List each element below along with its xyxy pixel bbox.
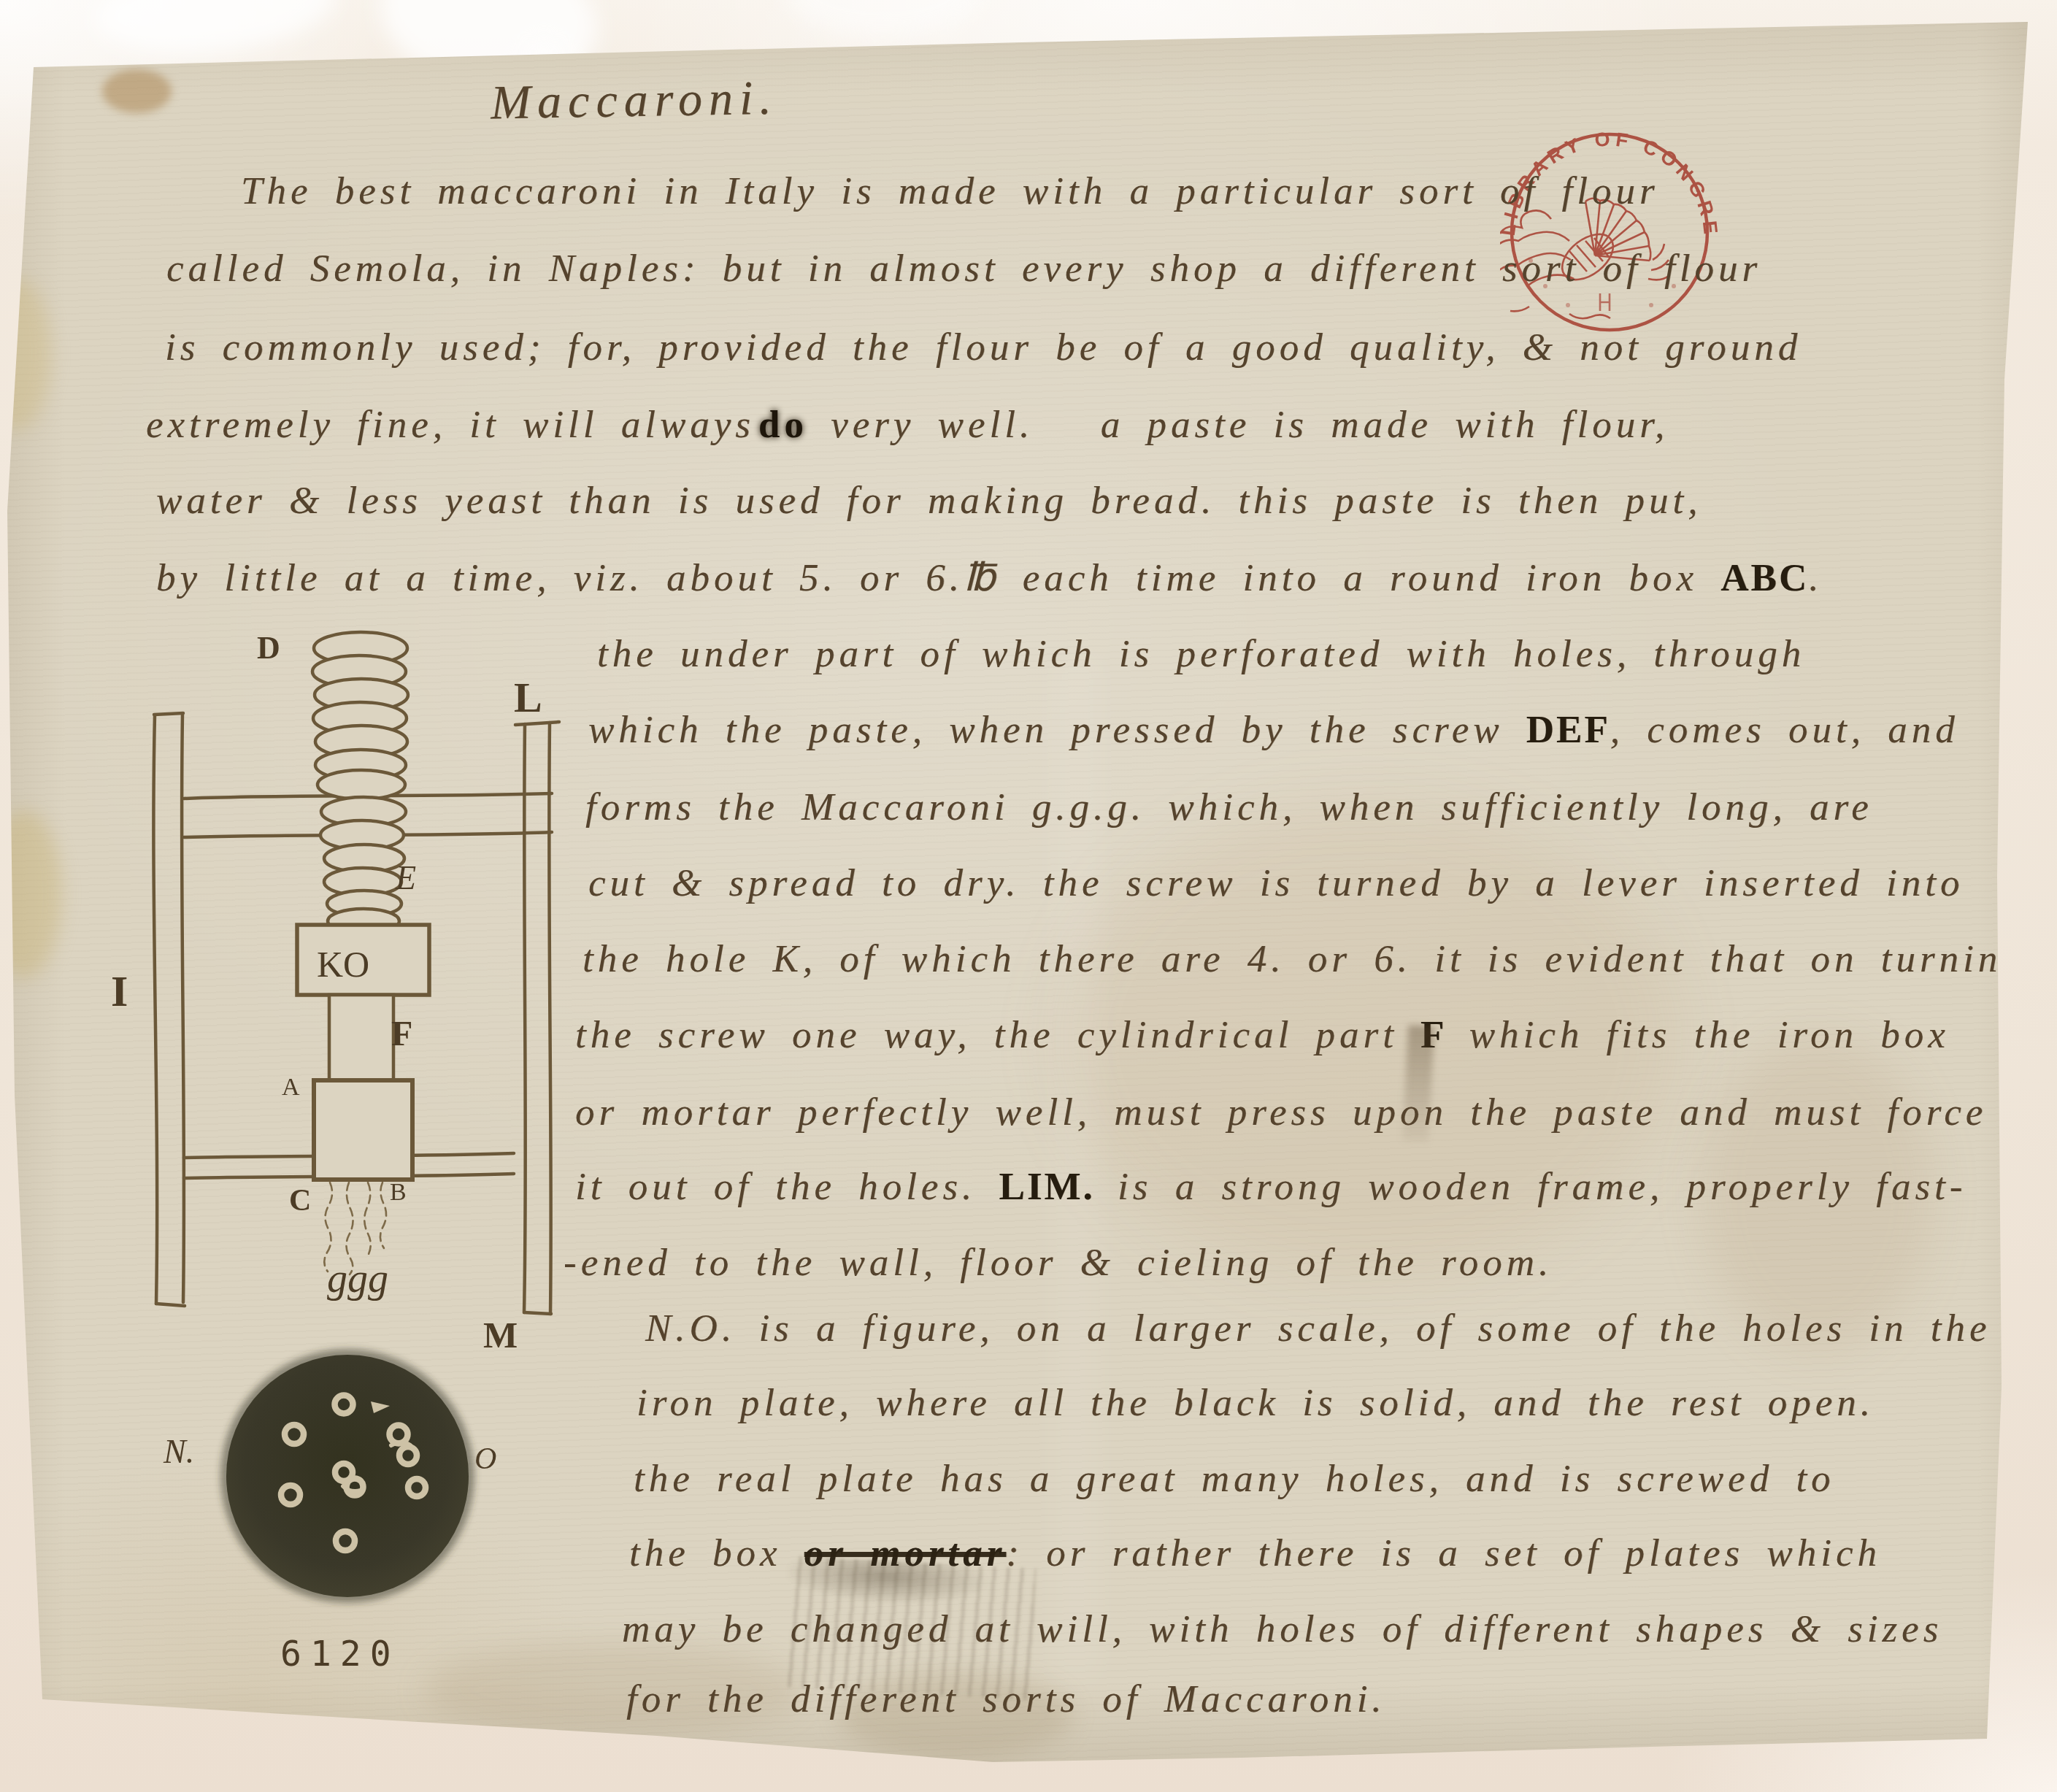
label-n: N. xyxy=(163,1433,194,1470)
line-text: the under part of which is perforated wi… xyxy=(597,633,1805,675)
handwritten-line: the hole K, of which there are 4. or 6. … xyxy=(583,937,2026,982)
paper-stain xyxy=(0,277,51,431)
label-m: M xyxy=(483,1315,518,1355)
line-text: -ened to the wall, floor & cieling of th… xyxy=(564,1242,1553,1284)
frame-left-post xyxy=(153,713,185,1306)
handwritten-line: the screw one way, the cylindrical part … xyxy=(575,1013,1950,1058)
piston-cylinder xyxy=(329,995,393,1080)
label-a: A xyxy=(282,1074,300,1101)
ink-blot-word: do xyxy=(758,404,808,446)
label-ko: KO xyxy=(317,944,369,985)
macaroni-press-diagram: D L I E KO F A C B M ggg N. O 6120 xyxy=(102,613,569,1693)
bold-label-abc: ABC xyxy=(1720,557,1809,599)
handwritten-line: by little at a time, viz. about 5. or 6.… xyxy=(156,556,1823,601)
label-i: I xyxy=(111,967,128,1015)
line-text: the real plate has a great many holes, a… xyxy=(634,1458,1835,1500)
handwritten-line: iron plate, where all the black is solid… xyxy=(637,1381,1875,1426)
handwritten-line: water & less yeast than is used for maki… xyxy=(156,479,1702,523)
line-text: or mortar perfectly well, must press upo… xyxy=(575,1091,1987,1134)
label-b: B xyxy=(390,1179,407,1206)
catalog-number: 6120 xyxy=(280,1634,400,1674)
line-text: which fits the iron box xyxy=(1446,1014,1949,1056)
line-text: iron plate, where all the black is solid… xyxy=(637,1382,1875,1424)
line-text: forms the Maccaroni g.g.g. which, when s… xyxy=(585,786,1873,828)
label-ggg: ggg xyxy=(327,1256,388,1301)
paper-stain xyxy=(0,810,62,978)
line-text: , comes out, and xyxy=(1610,709,1959,751)
bold-label-def: DEF xyxy=(1526,709,1610,751)
line-text: . xyxy=(1809,557,1823,599)
label-e: E xyxy=(395,859,416,896)
handwritten-line: called Semola, in Naples: but in almost … xyxy=(166,247,1761,291)
handwritten-line: the real plate has a great many holes, a… xyxy=(634,1457,1835,1501)
line-text: is commonly used; for, provided the flou… xyxy=(165,326,1802,369)
line-text: it out of the holes. xyxy=(575,1166,999,1208)
handwritten-line: is commonly used; for, provided the flou… xyxy=(165,326,1802,370)
line-text: the screw one way, the cylindrical part xyxy=(575,1014,1420,1056)
line-text: called Semola, in Naples: but in almost … xyxy=(166,247,1761,290)
handwritten-line: forms the Maccaroni g.g.g. which, when s… xyxy=(585,785,1873,830)
handwritten-line: cut & spread to dry. the screw is turned… xyxy=(588,861,1964,906)
manuscript-page: LIBRARY OF CONGRESS xyxy=(0,0,2057,1792)
line-text: : or rather there is a set of plates whi… xyxy=(1006,1532,1881,1574)
line-text: which the paste, when pressed by the scr… xyxy=(588,709,1526,751)
line-text: extremely fine, it will always xyxy=(146,404,755,446)
manuscript-scan: LIBRARY OF CONGRESS xyxy=(0,0,2057,1792)
handwritten-line: extremely fine, it will alwaysdo very we… xyxy=(146,403,1669,447)
line-text: The best maccaroni in Italy is made with… xyxy=(241,170,1659,212)
iron-box-mortar xyxy=(314,1080,412,1180)
handwritten-line: -ened to the wall, floor & cieling of th… xyxy=(564,1241,1553,1285)
label-o: O xyxy=(474,1442,496,1476)
line-text: by little at a time, viz. about 5. or 6.… xyxy=(156,557,1720,599)
handwritten-line: or mortar perfectly well, must press upo… xyxy=(575,1091,1987,1135)
line-text: cut & spread to dry. the screw is turned… xyxy=(588,862,1964,904)
page-title: Maccaroni. xyxy=(490,71,778,131)
frame-right-post xyxy=(515,722,559,1314)
tissue-wisp xyxy=(91,0,340,64)
line-text: N.O. is a figure, on a larger scale, of … xyxy=(645,1307,1991,1350)
line-text: the box xyxy=(629,1532,804,1574)
handwritten-line: which the paste, when pressed by the scr… xyxy=(588,708,1959,753)
label-f: F xyxy=(391,1015,412,1053)
label-c: C xyxy=(289,1184,311,1218)
handwritten-line: the under part of which is perforated wi… xyxy=(597,632,1805,677)
screw-lower-coil xyxy=(320,797,406,934)
handwritten-line: N.O. is a figure, on a larger scale, of … xyxy=(645,1307,1991,1351)
screw-upper-coil xyxy=(312,632,408,799)
line-text: very well. a paste is made with flour, xyxy=(808,404,1669,446)
line-text: water & less yeast than is used for maki… xyxy=(156,480,1702,522)
handwritten-line: it out of the holes. LIM. is a strong wo… xyxy=(575,1165,1966,1210)
tissue-wisp xyxy=(788,0,978,36)
paper-stain xyxy=(102,69,172,113)
label-l: L xyxy=(514,674,542,721)
line-text: is a strong wooden frame, properly fast- xyxy=(1095,1166,1967,1208)
ink-smear xyxy=(782,1555,1037,1700)
handwritten-line: The best maccaroni in Italy is made with… xyxy=(241,169,1659,214)
line-text: the hole K, of which there are 4. or 6. … xyxy=(583,938,2026,980)
macaroni-plate-figure xyxy=(220,1349,474,1603)
label-d: D xyxy=(257,630,280,666)
library-of-congress-stamp: LIBRARY OF CONGRESS xyxy=(1500,124,1726,350)
bold-label-lim: LIM. xyxy=(999,1166,1095,1208)
